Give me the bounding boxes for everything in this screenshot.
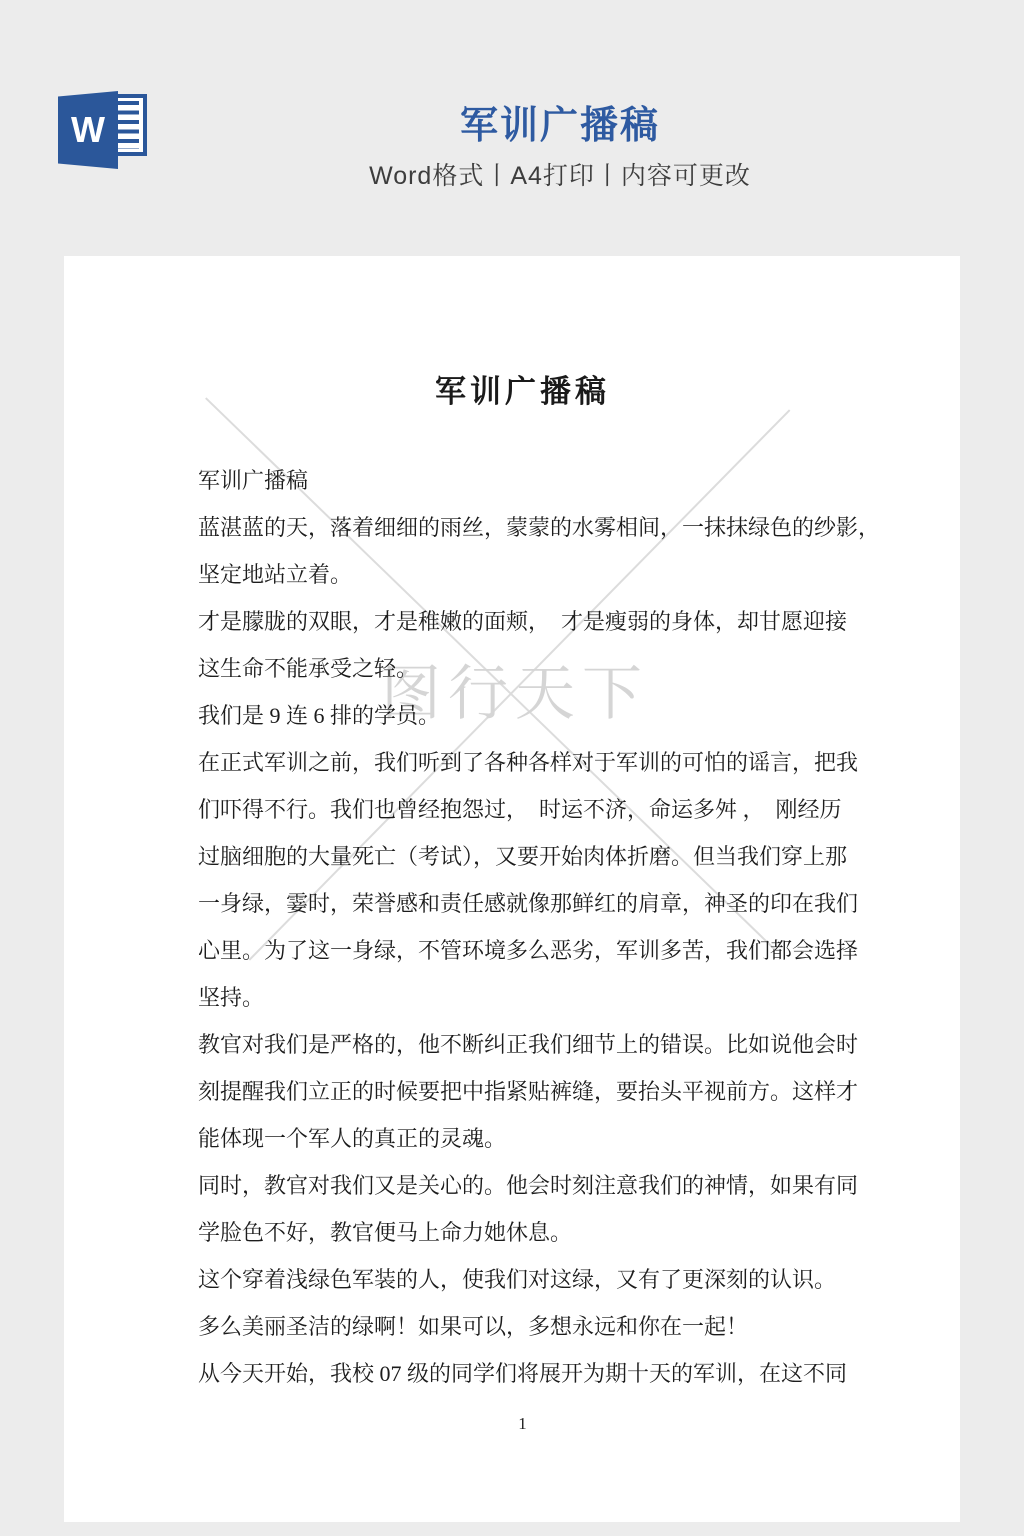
template-title: 军训广播稿 [96,94,1024,149]
doc-text-line: 们吓得不行。我们也曾经抱怨过， 时运不济，命运多舛 ， 刚经历 [198,786,878,833]
doc-text-line: 同时，教官对我们又是关心的。他会时刻注意我们的神情，如果有同 [198,1162,878,1209]
page-number: 1 [200,1414,845,1434]
doc-text-line: 学脸色不好，教官便马上命力她休息。 [198,1209,878,1256]
doc-text-line: 这生命不能承受之轻。 [198,645,878,692]
doc-text-line: 军训广播稿 [198,457,878,504]
doc-text-line: 心里。为了这一身绿，不管环境多么恶劣，军训多苦，我们都会选择 [198,927,878,974]
doc-text-line: 坚持。 [198,974,878,1021]
document-title: 军训广播稿 [200,366,845,411]
doc-text-line: 从今天开始，我校 07 级的同学们将展开为期十天的军训，在这不同 [198,1350,878,1397]
template-subtitle: Word格式丨A4打印丨内容可更改 [96,156,1024,192]
doc-text-line: 过脑细胞的大量死亡（考试），又要开始肉体折磨。但当我们穿上那 [198,833,878,880]
doc-text-line: 坚定地站立着。 [198,551,878,598]
doc-text-line: 在正式军训之前，我们听到了各种各样对于军训的可怕的谣言，把我 [198,739,878,786]
doc-text-line: 我们是 9 连 6 排的学员。 [198,692,878,739]
doc-text-line: 蓝湛蓝的天，落着细细的雨丝，蒙蒙的水雾相间，一抹抹绿色的纱影， [198,504,878,551]
doc-text-line: 这个穿着浅绿色军装的人，使我们对这绿，又有了更深刻的认识。 [198,1256,878,1303]
doc-text-line: 刻提醒我们立正的时候要把中指紧贴裤缝，要抬头平视前方。这样才 [198,1068,878,1115]
document-page: 图行天下 军训广播稿 军训广播稿蓝湛蓝的天，落着细细的雨丝，蒙蒙的水雾相间，一抹… [64,256,960,1522]
doc-text-line: 才是朦胧的双眼，才是稚嫩的面颊， 才是瘦弱的身体，却甘愿迎接 [198,598,878,645]
doc-text-line: 多么美丽圣洁的绿啊！如果可以，多想永远和你在一起！ [198,1303,878,1350]
doc-text-line: 一身绿，霎时，荣誉感和责任感就像那鲜红的肩章，神圣的印在我们 [198,880,878,927]
doc-text-line: 教官对我们是严格的，他不断纠正我们细节上的错误。比如说他会时 [198,1021,878,1068]
document-body: 军训广播稿蓝湛蓝的天，落着细细的雨丝，蒙蒙的水雾相间，一抹抹绿色的纱影，坚定地站… [198,457,878,1397]
template-preview-page: W 军训广播稿 Word格式丨A4打印丨内容可更改 图行天下 军训广播稿 军训广… [0,0,1024,1536]
doc-text-line: 能体现一个军人的真正的灵魂。 [198,1115,878,1162]
